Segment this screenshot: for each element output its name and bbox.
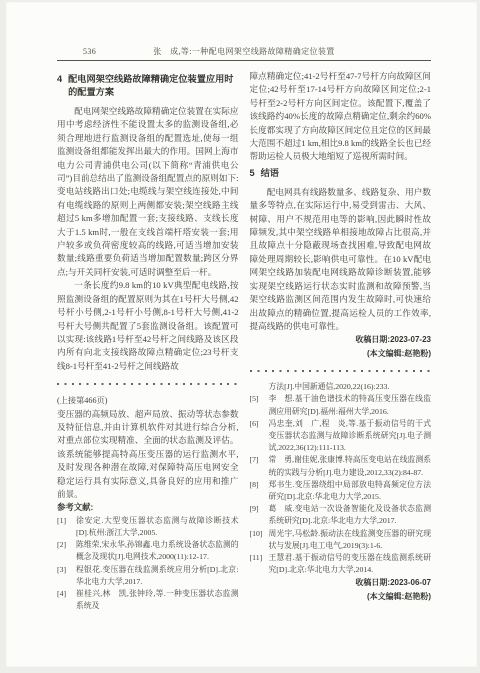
page-header: 536 张 成,等:一种配电网架空线路故障精确定位装置	[57, 46, 431, 57]
reference-item: [2] 陈维荣,宋永华,孙锦鑫.电力系统设备状态监测的概念及现状[J].电网技术…	[57, 539, 239, 563]
reference-text: 李 想.基于油色谱技术的特高压变压器在线监测应用研究[D].福州:福州大学,20…	[269, 393, 432, 417]
two-column-body: 4 配电网架空线路故障精确定位装置应用时的配置方案 配电网架空线路故障精确定位装…	[57, 70, 431, 612]
reference-number: [1]	[57, 515, 72, 539]
references-heading: 参考文献:	[57, 501, 239, 514]
header-rule	[57, 60, 431, 61]
continued-from-page-note: (上接第466页)	[57, 394, 239, 407]
reference-item: [11] 王慧君.基于振动信号的变压器在线监测系统研究[D].北京:华北电力大学…	[250, 552, 432, 576]
reference-number: [11]	[250, 552, 265, 576]
reference-number: [10]	[250, 528, 265, 552]
left-column: 4 配电网架空线路故障精确定位装置应用时的配置方案 配电网架空线路故障精确定位装…	[57, 70, 239, 612]
reference-item: [8] 郑书生.变压器绕组中局部放电特高频定位方法研究[D].北京:华北电力大学…	[250, 479, 432, 503]
reference-text: 葛 威.变电站一次设备智能化及设备状态监测系统研究[D].北京:华北电力大学,2…	[269, 503, 432, 527]
section-4-number: 4	[57, 73, 62, 99]
reference-text: 郑书生.变压器绕组中局部放电特高频定位方法研究[D].北京:华北电力大学,201…	[269, 479, 432, 503]
editor-note: (本文编辑:赵艳粉)	[250, 590, 432, 603]
editor-note: (本文编辑:赵艳粉)	[250, 347, 432, 360]
reference-number: [5]	[250, 393, 265, 417]
config-principles-paragraph: 配电网架空线路故障精确定位装置在实际应用中考虑经济性不能设置太多的监测设备组,必…	[57, 105, 239, 279]
section-4-title: 配电网架空线路故障精确定位装置应用时的配置方案	[68, 73, 238, 99]
section-5-heading: 5 结语	[250, 167, 432, 180]
reference-item: [9] 葛 威.变电站一次设备智能化及设备状态监测系统研究[D].北京:华北电力…	[250, 503, 432, 527]
reference-text: 常 勇,谢佳妮,张康博.特高压变电站在线监测系统的实践与分析[J].电力建设,2…	[269, 454, 432, 478]
reference-text: 陈维荣,宋永华,孙锦鑫.电力系统设备状态监测的概念及现状[J].电网技术,200…	[76, 539, 239, 563]
reference-item: [3] 程银花.变压器在线监测系统应用分析[D].北京:华北电力大学,2017.	[57, 564, 239, 588]
reference-text: 冯忠奎,刘 广,程 炎,等.基于振动信号的干式变压器状态监测与故障诊断系统研究[…	[269, 418, 432, 455]
fault-location-continuation-paragraph: 障点精确定位;41-2号杆至47-7号杆方向故障区间定位;42号杆至17-14号…	[250, 70, 432, 164]
received-date: 收稿日期:2023-07-23	[250, 333, 432, 346]
section-5-number: 5	[250, 167, 255, 180]
section-5-title: 结语	[261, 167, 431, 180]
reference-number: [3]	[57, 564, 72, 588]
reference-number: [9]	[250, 503, 265, 527]
page-number: 536	[57, 47, 113, 56]
article-separator	[57, 383, 239, 385]
reference-text: 周光宇,马松龄.振动法在线监测变压器的研究现状与发展[J].电工电气,2019(…	[269, 528, 432, 552]
reference-number: [2]	[57, 539, 72, 563]
reference-text: 崔桂兴,林 凯,张钟玲,等.一种变压器状态监测系统及	[76, 588, 239, 612]
right-column: 障点精确定位;41-2号杆至47-7号杆方向故障区间定位;42号杆至17-14号…	[250, 70, 432, 612]
reference-4-continuation: 方法[J].中国新通信,2020,22(16):233.	[250, 381, 432, 393]
example-line-config-paragraph: 一条长度约9.8 km的10 kV典型配电线路,按照监测设备组的配置原则为其在1…	[57, 279, 239, 373]
reference-text: 程银花.变压器在线监测系统应用分析[D].北京:华北电力大学,2017.	[76, 564, 239, 588]
reference-number: [7]	[250, 454, 265, 478]
reference-item: [5] 李 想.基于油色谱技术的特高压变压器在线监测应用研究[D].福州:福州大…	[250, 393, 432, 417]
reference-text: 徐安定.大型变压器状态监测与故障诊断技术[D].杭州:浙江大学,2005.	[76, 515, 239, 539]
reference-text: 王慧君.基于振动信号的变压器在线监测系统研究[D].北京:华北电力大学,2014…	[269, 552, 432, 576]
reference-item: [7] 常 勇,谢佳妮,张康博.特高压变电站在线监测系统的实践与分析[J].电力…	[250, 454, 432, 478]
section-4-heading: 4 配电网架空线路故障精确定位装置应用时的配置方案	[57, 73, 239, 99]
reference-item: [4] 崔桂兴,林 凯,张钟玲,等.一种变压器状态监测系统及	[57, 588, 239, 612]
reference-number: [8]	[250, 479, 265, 503]
conclusion-paragraph: 配电网具有线路数量多、线路复杂、用户数量多等特点,在实际运行中,易受到雷击、大风…	[250, 186, 432, 333]
reference-number: [6]	[250, 418, 265, 455]
journal-page: 536 张 成,等:一种配电网架空线路故障精确定位装置 4 配电网架空线路故障精…	[6, 2, 477, 667]
article-separator	[250, 370, 432, 372]
reference-item: [1] 徐安定.大型变压器状态监测与故障诊断技术[D].杭州:浙江大学,2005…	[57, 515, 239, 539]
transformer-monitoring-paragraph: 变压器的高频局放、超声局放、振动等状态参数及特征信息,并由计算机软件对其进行综合…	[57, 408, 239, 502]
received-date: 收稿日期:2023-06-07	[250, 576, 432, 589]
running-title: 张 成,等:一种配电网架空线路故障精确定位装置	[113, 46, 375, 57]
reference-item: [10] 周光宇,马松龄.振动法在线监测变压器的研究现状与发展[J].电工电气,…	[250, 528, 432, 552]
reference-number: [4]	[57, 588, 72, 612]
reference-item: [6] 冯忠奎,刘 广,程 炎,等.基于振动信号的干式变压器状态监测与故障诊断系…	[250, 418, 432, 455]
